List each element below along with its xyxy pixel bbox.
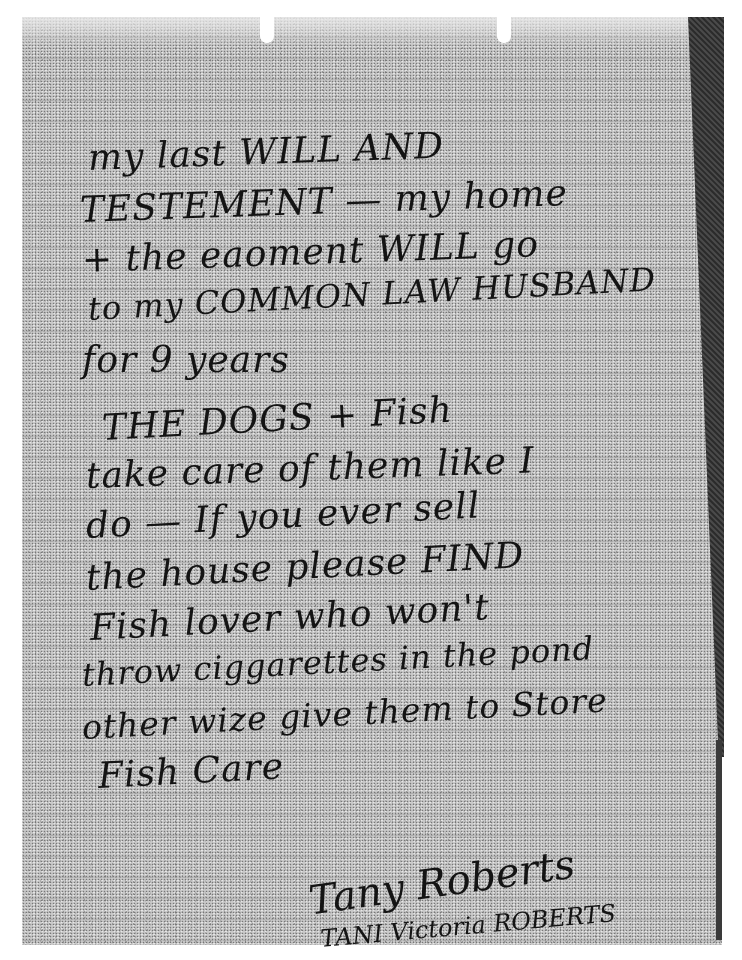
text-line: for 9 years: [82, 340, 290, 381]
text-line: Fish Care: [97, 746, 285, 797]
text-line: TESTEMENT — my home: [79, 173, 568, 231]
handwritten-text: my last WILL AND TESTEMENT — my home + t…: [0, 0, 742, 960]
text-line: THE DOGS + Fish: [101, 390, 454, 449]
text-line: my last WILL AND: [87, 126, 444, 179]
text-line: other wize give them to Store: [81, 680, 609, 746]
